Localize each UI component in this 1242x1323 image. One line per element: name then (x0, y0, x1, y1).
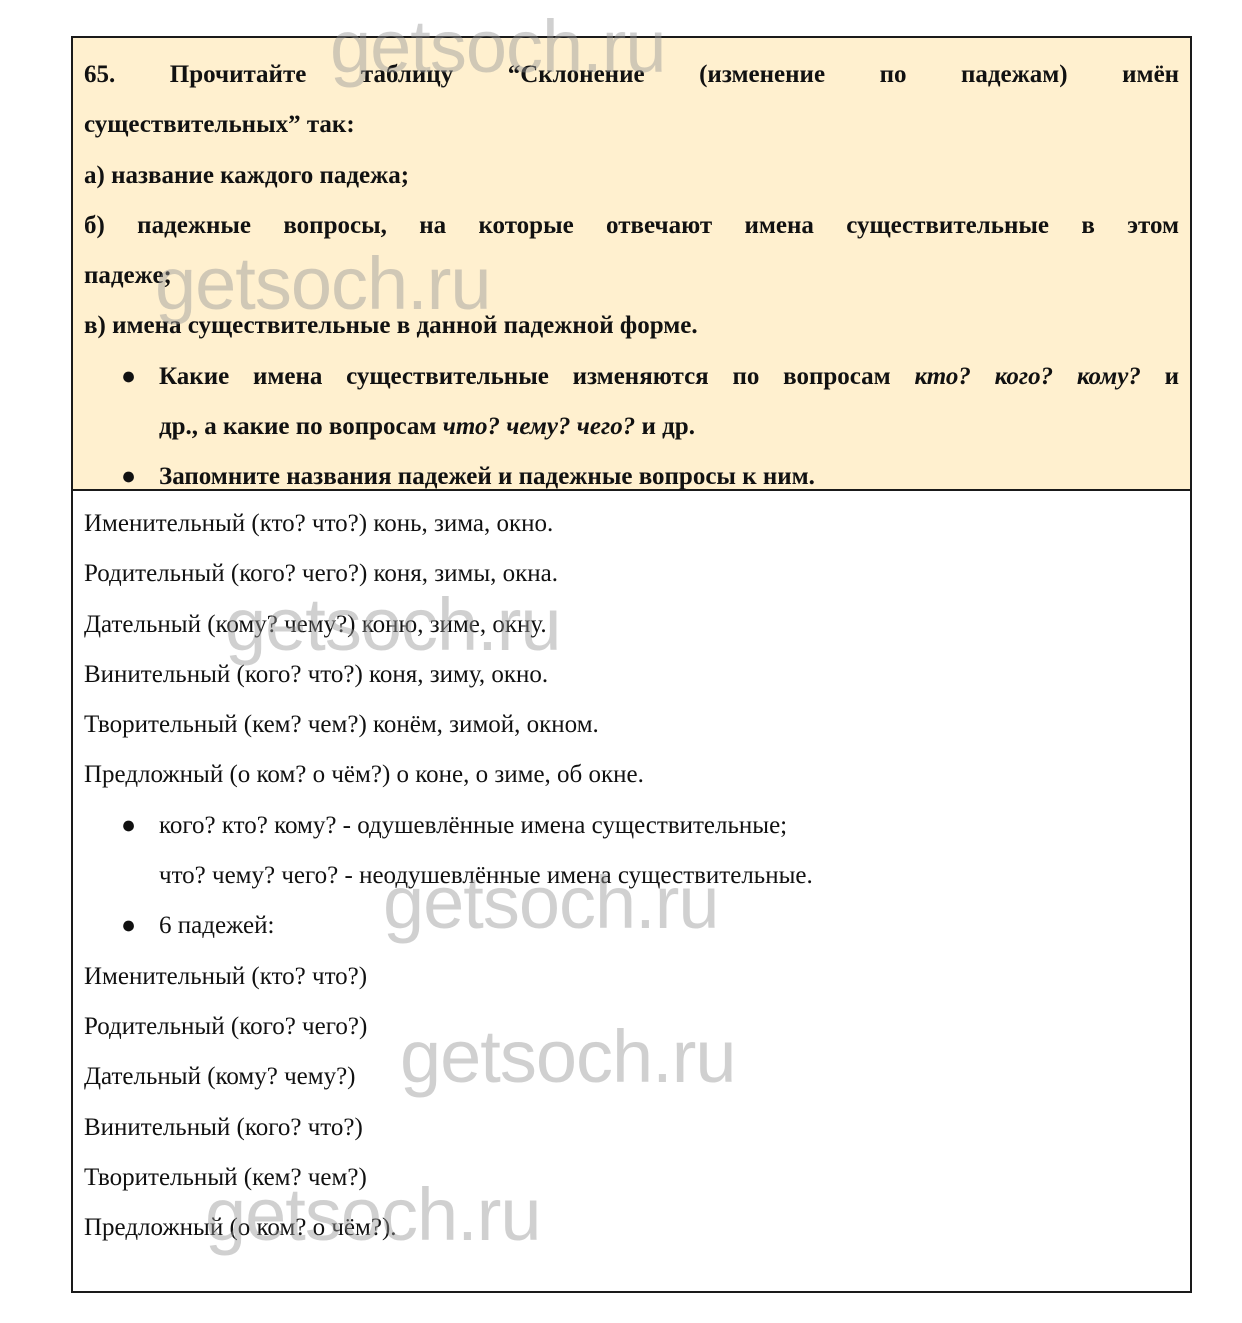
case-example-line: Дательный (кому? чему?) коню, зиме, окну… (84, 600, 1179, 650)
answer-block: Именительный (кто? что?) конь, зима, окн… (73, 491, 1190, 1253)
case-example-line: Предложный (о ком? о чём?) о коне, о зим… (84, 750, 1179, 800)
bullet-icon: ● (121, 901, 136, 951)
case-list-item: Винительный (кого? что?) (84, 1103, 1179, 1153)
answer-bullet-2: ● 6 падежей: (84, 901, 1179, 951)
bullet-icon: ● (121, 352, 136, 402)
case-example-line: Родительный (кого? чего?) коня, зимы, ок… (84, 549, 1179, 599)
bullet-icon: ● (121, 452, 136, 502)
answer-bullet-1-cont: что? чему? чего? - неодушевлённые имена … (84, 851, 1179, 901)
task-number: 65. (84, 61, 115, 88)
task-bullet-2: ● Запомните названия падежей и падежные … (84, 452, 1179, 502)
case-list-item: Именительный (кто? что?) (84, 952, 1179, 1002)
case-list-item: Родительный (кого? чего?) (84, 1002, 1179, 1052)
task-title-line-2: существительных” так: (84, 100, 1179, 150)
task-item-b: б) падежные вопросы, на которые отвечают… (84, 201, 1179, 251)
case-example-line: Творительный (кем? чем?) конём, зимой, о… (84, 700, 1179, 750)
answer-bullet-1: ● кого? кто? кому? - одушевлённые имена … (84, 801, 1179, 851)
case-example-line: Винительный (кого? что?) коня, зиму, окн… (84, 650, 1179, 700)
task-block: 65. Прочитайте таблицу “Склонение (измен… (73, 38, 1190, 491)
case-list-item: Дательный (кому? чему?) (84, 1052, 1179, 1102)
task-bullet-1-cont: др., а какие по вопросам что? чему? чего… (84, 402, 1179, 452)
task-item-a: а) название каждого падежа; (84, 151, 1179, 201)
bullet-icon: ● (121, 801, 136, 851)
case-list-item: Творительный (кем? чем?) (84, 1153, 1179, 1203)
case-example-line: Именительный (кто? что?) конь, зима, окн… (84, 499, 1179, 549)
case-list-item: Предложный (о ком? о чём?). (84, 1203, 1179, 1253)
task-title-line-1: 65. Прочитайте таблицу “Склонение (измен… (84, 50, 1179, 100)
task-item-b-cont: падеже; (84, 251, 1179, 301)
task-item-c: в) имена существительные в данной падежн… (84, 301, 1179, 351)
task-bullet-1: ● Какие имена существительные изменяются… (84, 352, 1179, 402)
exercise-card: 65. Прочитайте таблицу “Склонение (измен… (71, 36, 1192, 1293)
